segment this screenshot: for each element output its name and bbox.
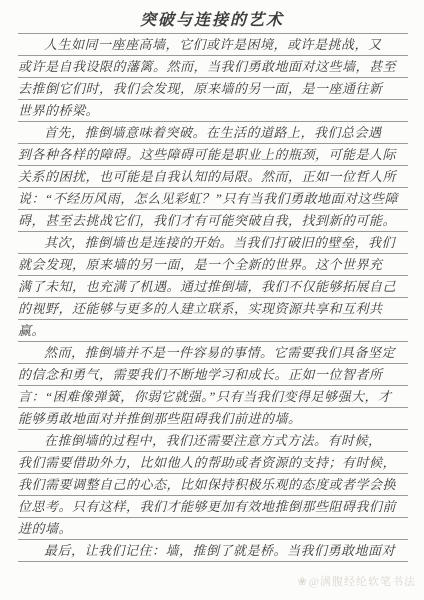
essay-line: 在推倒墙的过程中，我们还需要注意方式方法。有时候， xyxy=(18,430,408,452)
essay-line: 能够勇敢地面对并推倒那些阻碍我们前进的墙。 xyxy=(18,408,408,430)
essay-line: 位思考。只有这样，我们才能够更加有效地推倒那些阻碍我们前 xyxy=(18,496,408,518)
essay-line: 或许是自我设限的藩篱。然而，当我们勇敢地面对这些墙，甚至 xyxy=(18,56,408,78)
essay-line: 说：“不经历风雨，怎么见彩虹？”只有当我们勇敢地面对这些障 xyxy=(18,188,408,210)
essay-line: 关系的困扰，也可能是自我认知的局限。然而，正如一位哲人所 xyxy=(18,166,408,188)
essay-line: 最后，让我们记住：墙，推倒了就是桥。当我们勇敢地面对 xyxy=(18,540,408,562)
essay-line: 满了未知，也充满了机遇。通过推倒墙，我们不仅能够拓展自己 xyxy=(18,276,408,298)
essay-line: 碍，甚至去挑战它们，我们才有可能突破自我，找到新的可能。 xyxy=(18,210,408,232)
essay-line: 我们需要调整自己的心态，比如保持积极乐观的态度或者学会换 xyxy=(18,474,408,496)
essay-line: 赢。 xyxy=(18,320,408,342)
watermark: ❀@满腹经纶软笔书法 xyxy=(298,573,416,589)
essay-line: 进的墙。 xyxy=(18,518,408,540)
notebook-page: 突破与连接的艺术 人生如同一座座高墙，它们或许是困境，或许是挑战，又 或许是自我… xyxy=(0,0,424,600)
essay-line: 首先，推倒墙意味着突破。在生活的道路上，我们总会遇 xyxy=(18,122,408,144)
essay-line: 我们需要借助外力，比如他人的帮助或者资源的支持；有时候， xyxy=(18,452,408,474)
watermark-handle: @满腹经纶软笔书法 xyxy=(309,576,416,588)
essay-line: 去推倒它们时，我们会发现，原来墙的另一面，是一座通往新 xyxy=(18,78,408,100)
essay-line: 的信念和勇气，需要我们不断地学习和成长。正如一位智者所 xyxy=(18,364,408,386)
essay-line: 然而，推倒墙并不是一件容易的事情。它需要我们具备坚定 xyxy=(18,342,408,364)
essay-line: 就会发现，原来墙的另一面，是一个全新的世界。这个世界充 xyxy=(18,254,408,276)
essay-line: 人生如同一座座高墙，它们或许是困境，或许是挑战，又 xyxy=(18,34,408,56)
ruled-area: 人生如同一座座高墙，它们或许是困境，或许是挑战，又 或许是自我设限的藩篱。然而，… xyxy=(18,33,408,562)
essay-line: 其次，推倒墙也是连接的开始。当我们打破旧的壁垒，我们 xyxy=(18,232,408,254)
essay-line: 言：“困难像弹簧，你弱它就强。”只有当我们变得足够强大，才 xyxy=(18,386,408,408)
essay-line: 世界的桥梁。 xyxy=(18,100,408,122)
essay-line: 到各种各样的障碍。这些障碍可能是职业上的瓶颈，可能是人际 xyxy=(18,144,408,166)
flower-icon: ❀ xyxy=(298,576,308,588)
essay-line: 的视野，还能够与更多的人建立联系，实现资源共享和互利共 xyxy=(18,298,408,320)
essay-title: 突破与连接的艺术 xyxy=(0,0,424,33)
